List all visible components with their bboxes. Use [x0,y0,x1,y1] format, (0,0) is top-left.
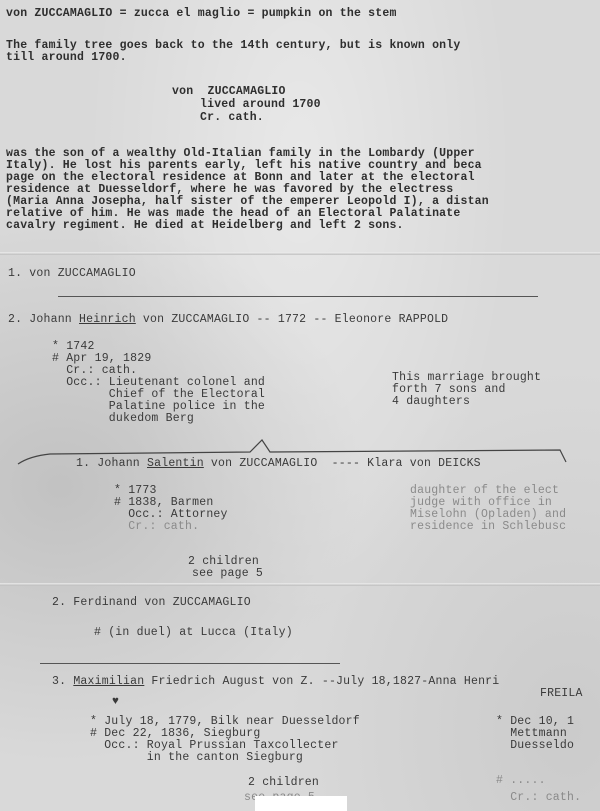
heading-suffix: Friedrich August von Z. --July 18,1827-A… [144,675,499,688]
given-name-underlined: Maximilian [73,675,144,688]
heading-suffix: von ZUCCAMAGLIO ---- Klara von DEICKS [204,457,481,470]
detail-line: dukedom Berg [52,413,194,425]
note-line: # ..... [496,775,546,787]
biography-line: cavalry regiment. He died at Heidelberg … [6,220,404,232]
heading-prefix: 1. Johann [76,457,147,470]
heart-mark: ♥ [112,696,119,708]
heading-prefix: 2. Johann [8,313,79,326]
scan-artifact [255,796,347,811]
child-2-detail: # (in duel) at Lucca (Italy) [94,627,293,639]
detail-line: in the canton Siegburg [90,752,303,764]
generation-1-label: 1. von ZUCCAMAGLIO [8,268,136,280]
ancestor-religion: Cr. cath. [200,112,264,124]
note-line: Cr.: cath. [496,792,581,804]
child-2-heading: 2. Ferdinand von ZUCCAMAGLIO [52,597,251,609]
child-3-heading: 3. Maximilian Friedrich August von Z. --… [52,676,499,688]
children-count: 2 children [248,777,319,789]
etymology-line: von ZUCCAMAGLIO = zucca el maglio = pump… [6,8,397,20]
see-page-reference: see page 5 [192,568,263,580]
detail-line: Cr.: cath. [114,521,199,533]
paper-fold [0,252,600,255]
generation-2-heading: 2. Johann Heinrich von ZUCCAMAGLIO -- 17… [8,314,448,326]
heading-prefix: 3. [52,675,73,688]
note-line: Duesseldo [496,740,574,752]
note-line: 4 daughters [392,396,470,408]
heading-suffix: von ZUCCAMAGLIO -- 1772 -- Eleonore RAPP… [136,313,448,326]
separator-rule [40,663,340,664]
note-line: residence in Schlebusc [410,521,566,533]
intro-line: till around 1700. [6,52,127,64]
given-name-underlined: Salentin [147,457,204,470]
given-name-underlined: Heinrich [79,313,136,326]
ancestor-lived: lived around 1700 [200,99,321,111]
spouse-surname: FREILA [540,688,583,700]
child-1-heading: 1. Johann Salentin von ZUCCAMAGLIO ---- … [76,458,481,470]
ancestor-name: von ZUCCAMAGLIO [172,86,286,98]
separator-rule [58,296,538,297]
paper-fold [0,583,600,586]
